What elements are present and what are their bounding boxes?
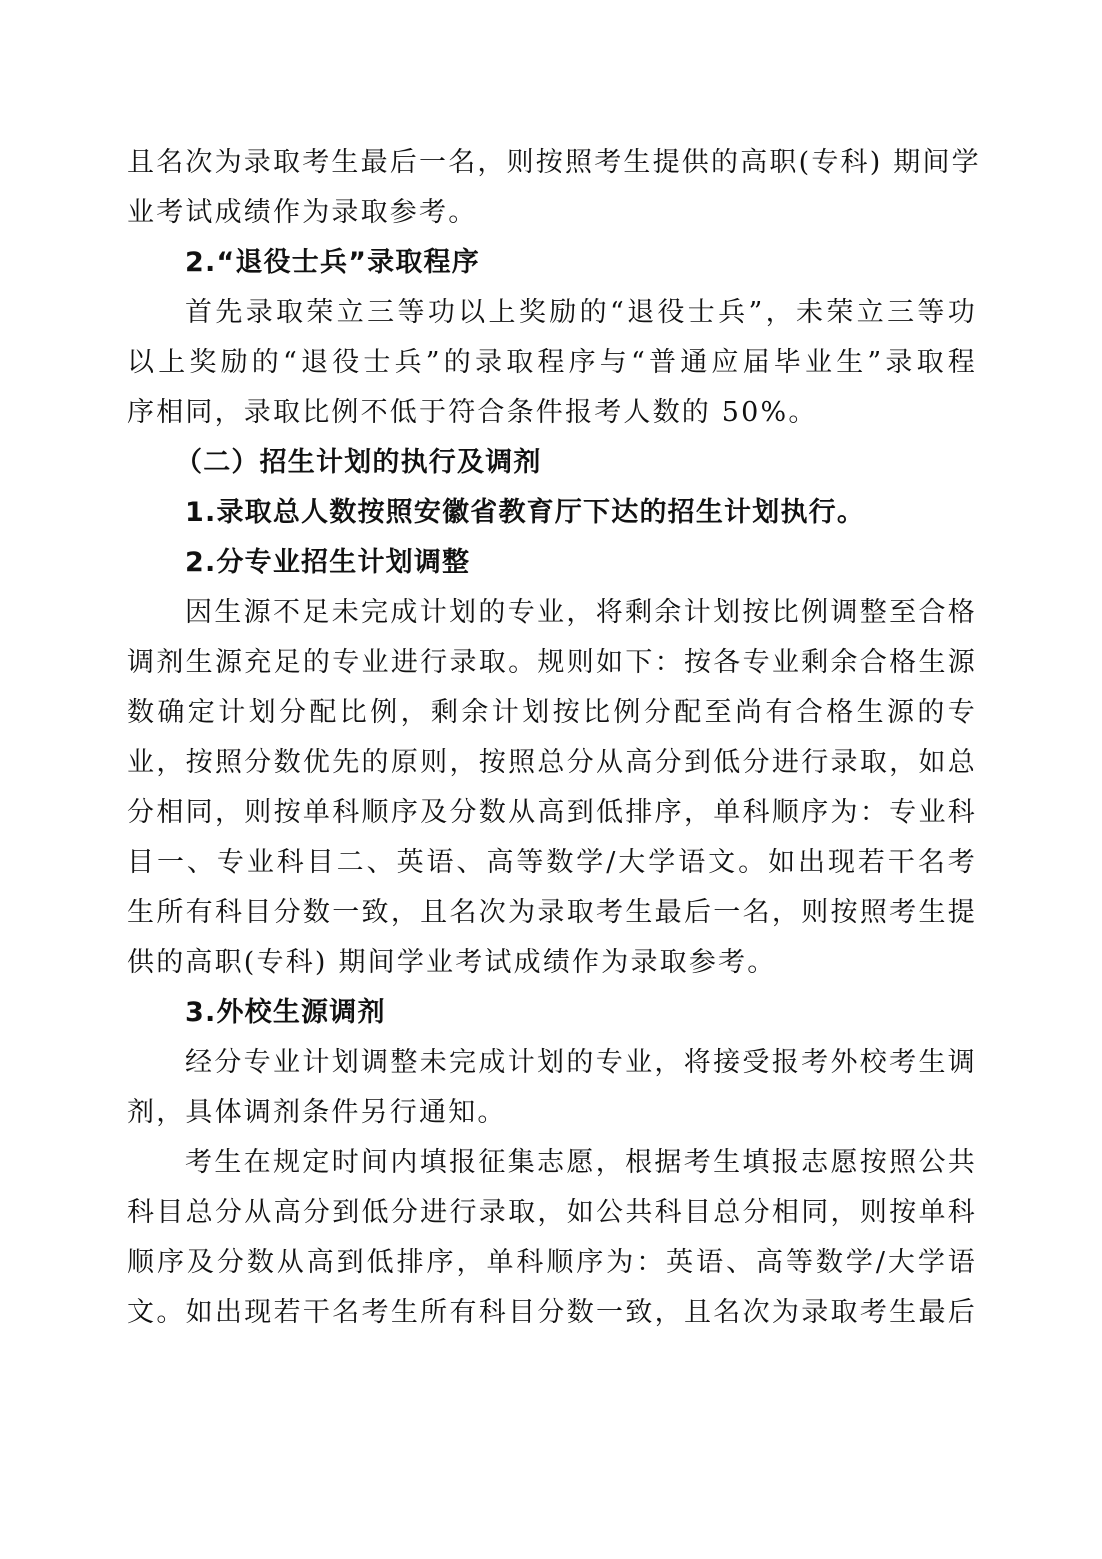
section-heading-plan-execution: （二）招生计划的执行及调剂 xyxy=(127,438,977,488)
text-line: 目一、专业科目二、英语、高等数学/大学语文。如出现若干名考 xyxy=(127,838,977,888)
text-line: 数确定计划分配比例，剩余计划按比例分配至尚有合格生源的专 xyxy=(127,688,977,738)
text-line: 考生在规定时间内填报征集志愿，根据考生填报志愿按照公共 xyxy=(127,1138,977,1188)
heading-major-plan-adjustment: 2.分专业招生计划调整 xyxy=(127,538,977,588)
heading-veteran-admission: 2.“退役士兵”录取程序 xyxy=(127,238,977,288)
text-line: 业考试成绩作为录取参考。 xyxy=(127,188,977,238)
text-line: 调剂生源充足的专业进行录取。规则如下：按各专业剩余合格生源 xyxy=(127,638,977,688)
text-line: 顺序及分数从高到低排序，单科顺序为：英语、高等数学/大学语 xyxy=(127,1238,977,1288)
text-line: 分相同，则按单科顺序及分数从高到低排序，单科顺序为：专业科 xyxy=(127,788,977,838)
text-line: 科目总分从高分到低分进行录取，如公共科目总分相同，则按单科 xyxy=(127,1188,977,1238)
heading-total-admission: 1.录取总人数按照安徽省教育厅下达的招生计划执行。 xyxy=(127,488,977,538)
text-line: 生所有科目分数一致，且名次为录取考生最后一名，则按照考生提 xyxy=(127,888,977,938)
heading-external-adjustment: 3.外校生源调剂 xyxy=(127,988,977,1038)
text-line: 首先录取荣立三等功以上奖励的“退役士兵”，未荣立三等功 xyxy=(127,288,977,338)
text-line: 因生源不足未完成计划的专业，将剩余计划按比例调整至合格 xyxy=(127,588,977,638)
text-line: 剂，具体调剂条件另行通知。 xyxy=(127,1088,977,1138)
text-line: 供的高职(专科) 期间学业考试成绩作为录取参考。 xyxy=(127,938,977,988)
document-page: 且名次为录取考生最后一名，则按照考生提供的高职(专科) 期间学 业考试成绩作为录… xyxy=(127,138,977,1338)
text-line: 文。如出现若干名考生所有科目分数一致，且名次为录取考生最后 xyxy=(127,1288,977,1338)
text-line: 经分专业计划调整未完成计划的专业，将接受报考外校考生调 xyxy=(127,1038,977,1088)
text-line: 以上奖励的“退役士兵”的录取程序与“普通应届毕业生”录取程 xyxy=(127,338,977,388)
text-line: 业，按照分数优先的原则，按照总分从高分到低分进行录取，如总 xyxy=(127,738,977,788)
text-line: 序相同，录取比例不低于符合条件报考人数的 50%。 xyxy=(127,388,977,438)
text-line: 且名次为录取考生最后一名，则按照考生提供的高职(专科) 期间学 xyxy=(127,138,977,188)
